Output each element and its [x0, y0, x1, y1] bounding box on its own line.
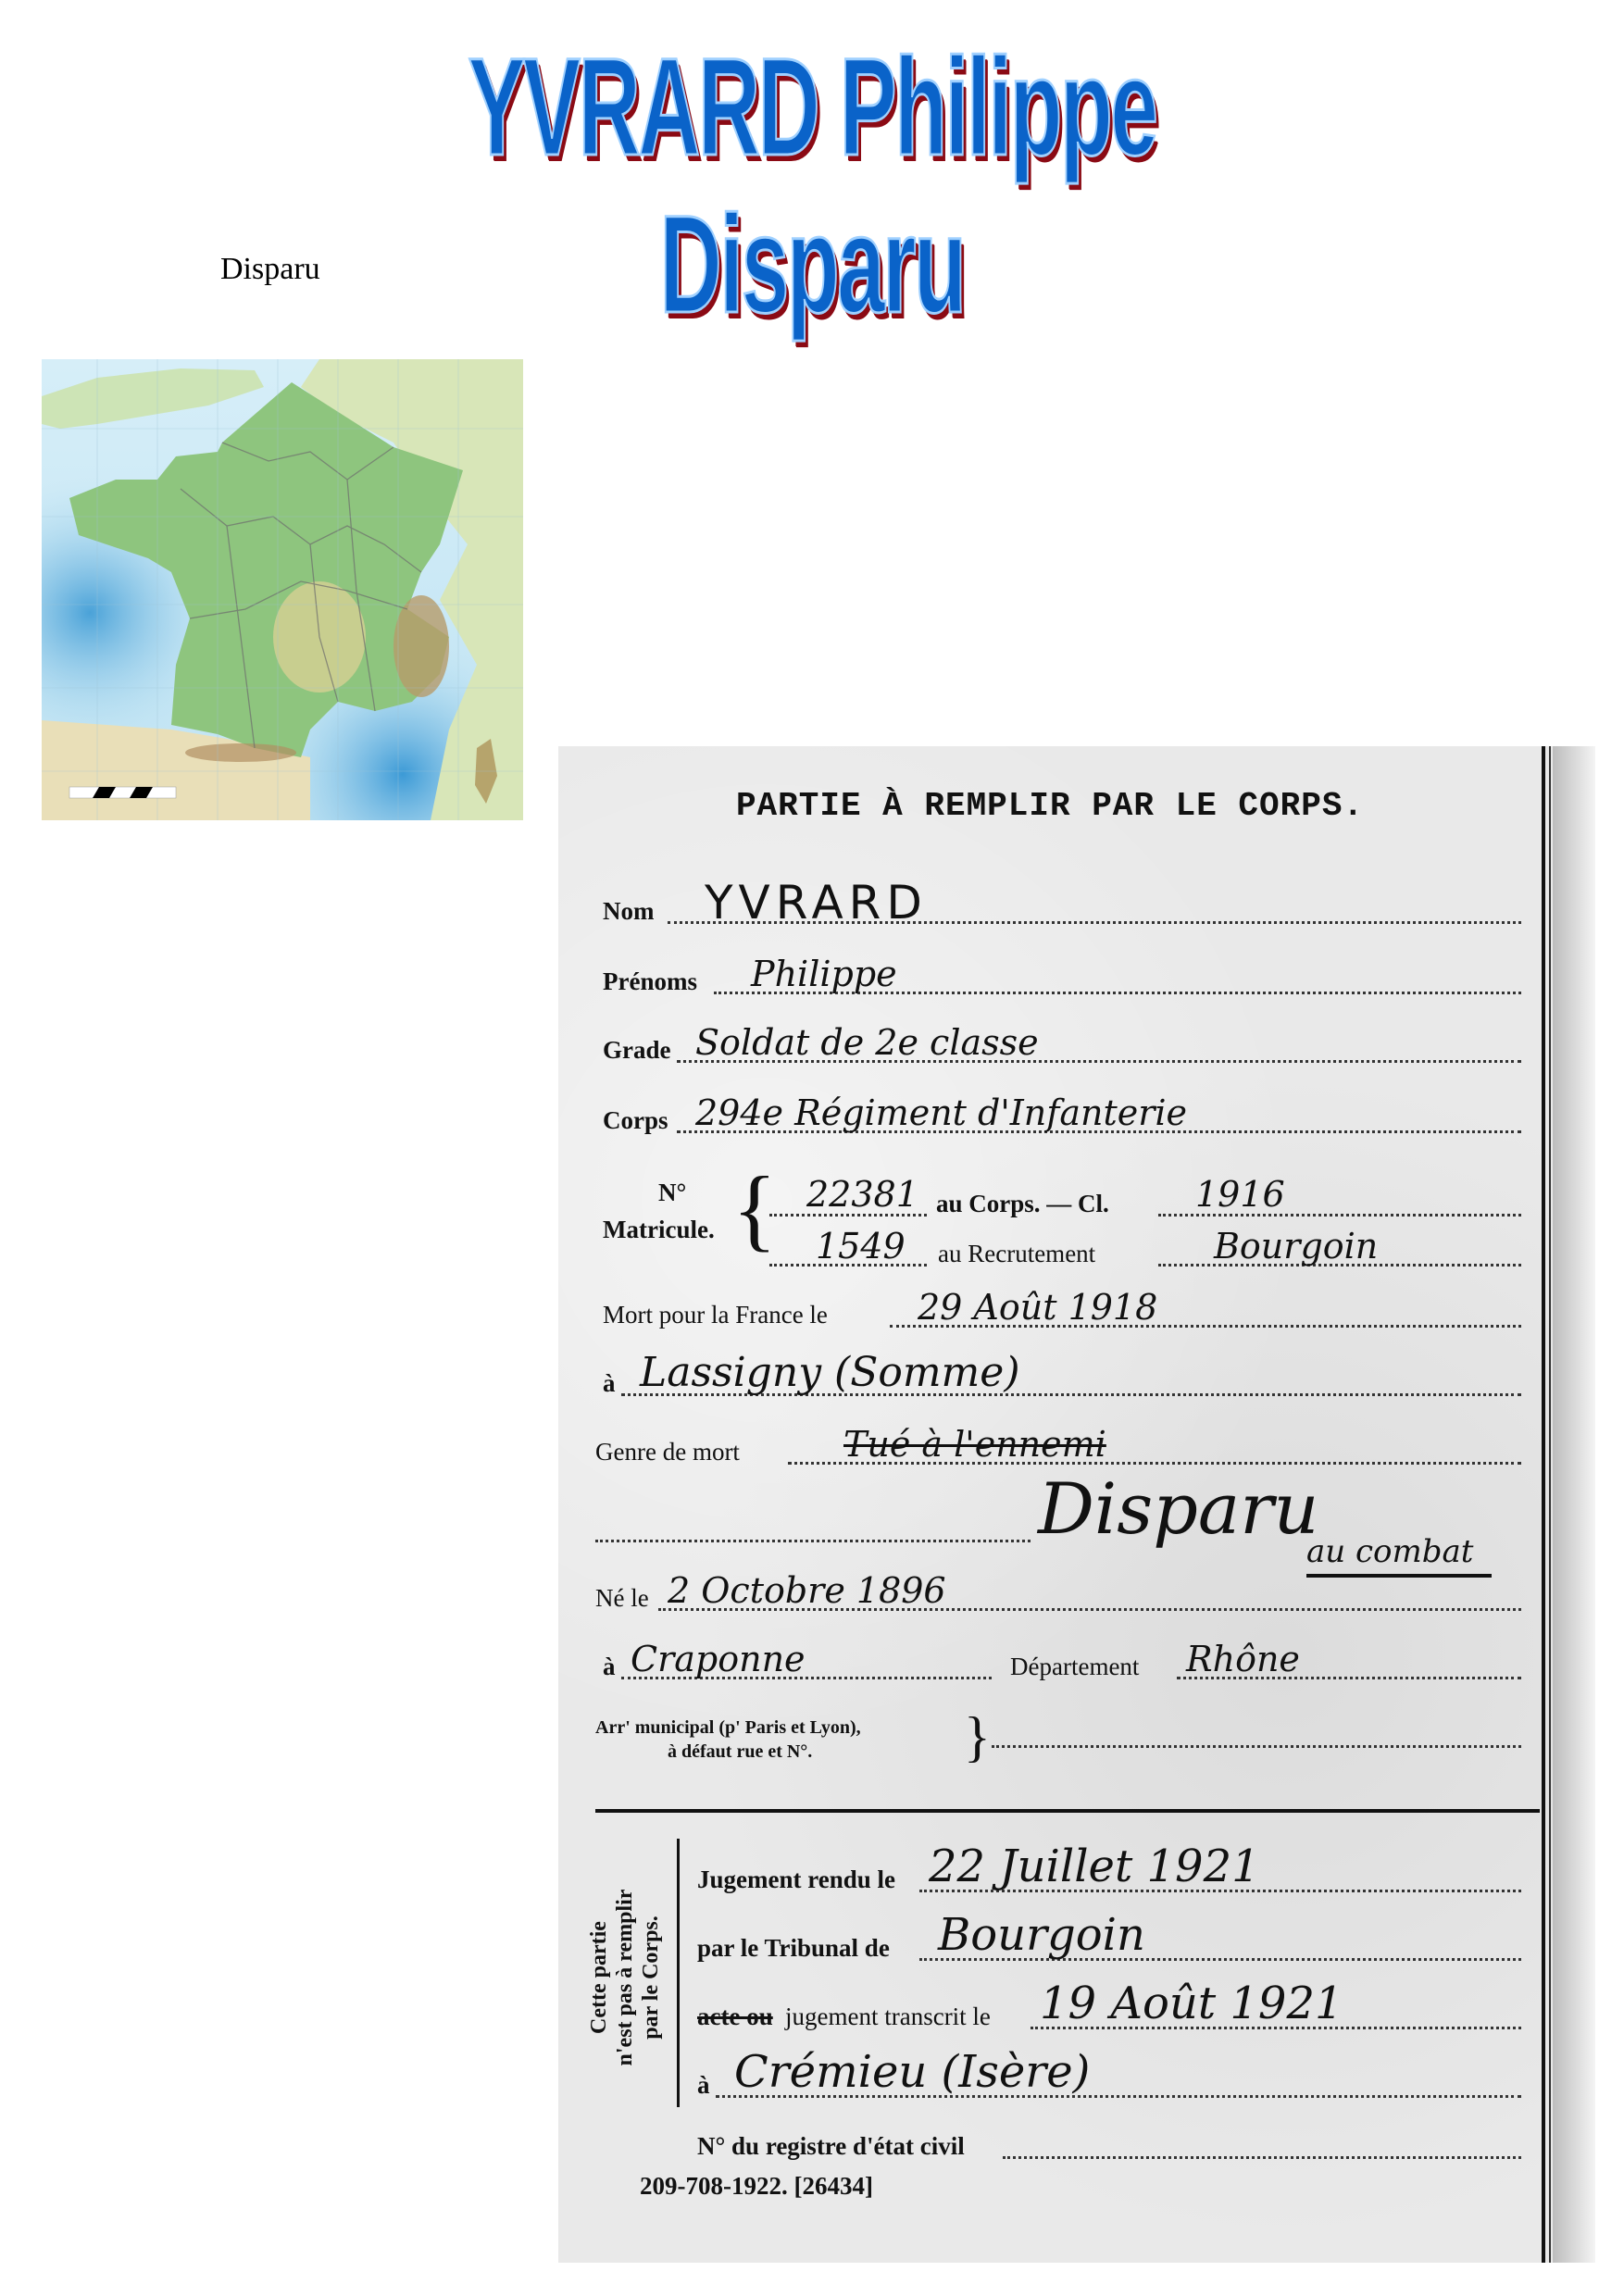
field-label: Corps [603, 1106, 668, 1135]
field-matricule: N° Matricule. { 22381 au Corps. — Cl. 19… [603, 1163, 1521, 1274]
field-lieu-mort: à Lassigny (Somme) [603, 1348, 1521, 1404]
field-value: Philippe [751, 954, 897, 994]
matricule-classe-value: 1916 [1195, 1174, 1285, 1215]
field-value: Bourgoin [938, 1909, 1145, 1961]
field-tribunal: par le Tribunal de Bourgoin [697, 1913, 1521, 1968]
france-map-image [42, 359, 523, 820]
field-lieu-transcription: à Crémieu (Isère) [697, 2050, 1521, 2105]
side-note: Cette partie n'est pas à remplir par le … [586, 1857, 697, 2098]
arr-label-2: à défaut rue et N°. [668, 1741, 812, 1763]
field-value: Craponne [631, 1639, 806, 1679]
field-label: à [603, 1653, 616, 1681]
field-label: Né le [595, 1584, 649, 1613]
side-note-brace [677, 1839, 680, 2107]
card-header: PARTIE À REMPLIR PAR LE CORPS. [558, 787, 1542, 825]
brace-icon: { [732, 1163, 777, 1255]
brace-icon: } [964, 1709, 991, 1765]
field-disparu: Disparu au combat [603, 1487, 1521, 1570]
page-edge-line-2 [1549, 746, 1551, 2263]
field-label: Nom [603, 897, 655, 926]
field-label: Prénoms [603, 967, 697, 996]
field-value: 2 Octobre 1896 [668, 1570, 946, 1611]
field-ne: Né le 2 Octobre 1896 [603, 1563, 1521, 1618]
arr-label-1: Arr' municipal (p' Paris et Lyon), [595, 1717, 861, 1739]
field-prenoms: Prénoms Philippe [603, 946, 1521, 1002]
field-value: Soldat de 2e classe [695, 1022, 1039, 1063]
departement-label: Département [1010, 1653, 1139, 1681]
field-lieu-naissance: à Craponne Département Rhône [603, 1631, 1521, 1687]
field-transcrit: acte ou jugement transcrit le 19 Août 19… [697, 1981, 1521, 2037]
military-record-card: PARTIE À REMPLIR PAR LE CORPS. Nom YVRAR… [558, 746, 1595, 2263]
struck-label: acte ou [697, 2003, 773, 2031]
field-value: Crémieu (Isère) [734, 2046, 1090, 2098]
field-corps: Corps 294e Régiment d'Infanterie [603, 1085, 1521, 1141]
field-label: Mort pour la France le [603, 1301, 828, 1329]
disparu-annotation: Disparu [1038, 1467, 1318, 1550]
field-label: Genre de mort [595, 1438, 740, 1466]
field-arrondissement: Arr' municipal (p' Paris et Lyon), à déf… [603, 1700, 1521, 1783]
matricule-label-1: N° [658, 1179, 686, 1207]
page-edge-line [1542, 746, 1545, 2263]
dotted-line [992, 1745, 1521, 1748]
matricule-label-2: Matricule. [603, 1216, 715, 1244]
field-value-struck: Tué à l'ennemi [843, 1424, 1106, 1465]
print-reference: 209-708-1922. [26434] [640, 2172, 873, 2201]
scale-bar-icon [69, 787, 176, 798]
field-nom: Nom YVRARD [603, 876, 1521, 931]
matricule-recrutement-place: Bourgoin [1214, 1226, 1378, 1267]
page-title: YVRARD Philippe Disparu [308, 28, 1315, 343]
field-value: 19 Août 1921 [1040, 1978, 1343, 2029]
field-value: 22 Juillet 1921 [929, 1841, 1260, 1892]
field-value: 294e Régiment d'Infanterie [695, 1092, 1187, 1133]
section-divider [595, 1809, 1540, 1813]
page-title-wrap: YVRARD Philippe Disparu [0, 28, 1624, 204]
page-edge-shade [1553, 746, 1595, 2263]
field-jugement-rendu: Jugement rendu le 22 Juillet 1921 [697, 1844, 1521, 1900]
field-genre-mort: Genre de mort Tué à l'ennemi [603, 1416, 1521, 1472]
france-map-icon [42, 359, 523, 820]
side-note-line-3: par le Corps. [638, 1857, 664, 2098]
field-label: par le Tribunal de [697, 1934, 890, 1963]
dotted-line [1003, 2156, 1521, 2159]
departement-value: Rhône [1186, 1639, 1300, 1679]
matricule-recrutement-value: 1549 [816, 1226, 906, 1267]
field-value: Lassigny (Somme) [640, 1349, 1019, 1396]
side-note-line-1: Cette partie [586, 1857, 612, 2098]
matricule-recrutement-label: au Recrutement [938, 1240, 1095, 1268]
field-label: N° du registre d'état civil [697, 2132, 965, 2161]
field-label: à [603, 1369, 616, 1398]
field-label: jugement transcrit le [785, 2003, 991, 2031]
field-label: Jugement rendu le [697, 1865, 895, 1894]
matricule-corps-label: au Corps. — Cl. [936, 1190, 1109, 1218]
field-registre: N° du registre d'état civil [697, 2111, 1521, 2166]
field-value: 29 Août 1918 [918, 1287, 1157, 1328]
matricule-corps-value: 22381 [806, 1174, 918, 1215]
field-grade: Grade Soldat de 2e classe [603, 1015, 1521, 1070]
field-label: Grade [603, 1036, 671, 1065]
subtitle: Disparu [220, 252, 320, 287]
dotted-line [595, 1540, 1031, 1542]
field-mort: Mort pour la France le 29 Août 1918 [603, 1279, 1521, 1335]
side-note-line-2: n'est pas à remplir [612, 1857, 638, 2098]
field-value: YVRARD [705, 876, 928, 930]
field-label: à [697, 2071, 710, 2100]
